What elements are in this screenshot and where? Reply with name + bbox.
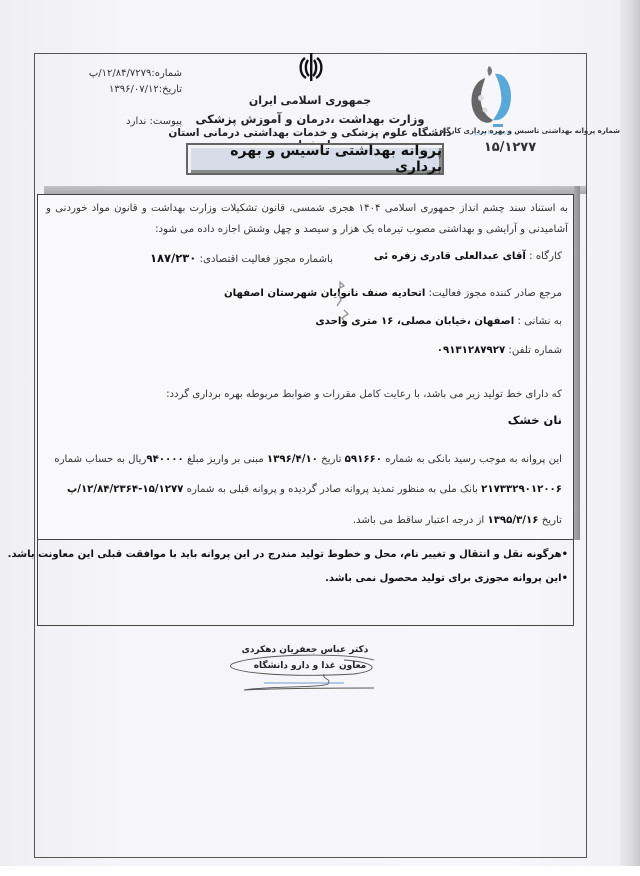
address-value: اصفهان ،خیابان مصلی، ۱۶ متری واحدی <box>315 316 514 327</box>
receipt-text-2: مبنی بر واریز مبلغ <box>187 454 264 465</box>
receipt-text-3: ریال به حساب شماره <box>54 454 146 465</box>
receipt-number: ۵۹۱۶۶۰ <box>345 454 382 465</box>
production-line-intro: که دارای خط تولید زیر می باشد، با رعایت … <box>166 389 562 400</box>
content-box-shadow-top <box>44 186 586 194</box>
issuer-label: مرجع صادر کننده مجوز فعالیت: <box>429 288 562 299</box>
workshop-field: کارگاه : آقای عبدالعلی قادری زفره ئی <box>374 251 562 262</box>
phone-field: شماره تلفن: ۰۹۱۳۱۲۸۷۹۲۷ <box>437 345 562 356</box>
receipt-date: ۱۳۹۶/۴/۱۰ <box>267 454 318 465</box>
economic-license-field: باشماره مجوز فعالیت اقتصادی: ۱۸۷/۲۳۰ <box>150 251 333 265</box>
economic-license-number: ۱۸۷/۲۳۰ <box>150 251 196 265</box>
receipt-line-1: این پروانه به موجب رسید بانکی به شماره ۵… <box>54 454 562 465</box>
signatory-title: معاون غذا و دارو دانشگاه <box>240 661 380 671</box>
legal-basis-paragraph: به استناد سند چشم انداز جمهوری اسلامی ۱۴… <box>46 198 568 240</box>
note-item: •این پروانه مجوزی برای تولید محصول نمی ب… <box>325 573 568 584</box>
issuer-field: مرجع صادر کننده مجوز فعالیت: اتحادیه صنف… <box>224 288 562 299</box>
letter-number-label: شماره: <box>151 68 182 79</box>
economic-license-label: باشماره مجوز فعالیت اقتصادی: <box>200 254 333 265</box>
receipt-text-6: از درجه اعتبار ساقط می باشد. <box>353 515 484 526</box>
phone-label: شماره تلفن: <box>508 345 562 356</box>
receipt-amount: ۹۴۰۰۰۰ <box>146 454 183 465</box>
receipt-text-4: بانک ملی به منظور تمدید پروانه صادر گردی… <box>187 484 478 495</box>
letter-number-value: ۱۲/۸۴/۷۲۷۹/پ <box>89 68 152 79</box>
address-field: به نشانی : اصفهان ،خیابان مصلی، ۱۶ متری … <box>315 316 562 327</box>
letter-number: شماره:۱۲/۸۴/۷۲۷۹/پ <box>88 68 182 79</box>
receipt-text-1: این پروانه به موجب رسید بانکی به شماره <box>385 454 562 465</box>
permit-number-label: شماره پروانه بهداشتی تاسیس و بهره برداری… <box>430 127 620 135</box>
phone-value: ۰۹۱۳۱۲۸۷۹۲۷ <box>437 345 505 356</box>
document-title: پروانه بهداشتی تاسیس و بهره برداری <box>188 143 442 175</box>
workshop-owner: آقای عبدالعلی قادری زفره ئی <box>374 251 526 262</box>
receipt-date-label: تاریخ <box>321 454 341 465</box>
content-box-shadow-right <box>574 186 580 540</box>
document-title-banner: پروانه بهداشتی تاسیس و بهره برداری <box>186 143 444 175</box>
address-label: به نشانی : <box>517 316 562 327</box>
ministry-name: وزارت بهداشت ،درمان و آموزش پزشکی <box>160 112 460 126</box>
page-bottom-margin <box>0 866 640 876</box>
receipt-line-3: تاریخ ۱۳۹۵/۳/۱۶ از درجه اعتبار ساقط می ب… <box>353 515 562 526</box>
signatory-name: دکتر عباس جعفریان دهکردی <box>230 645 380 655</box>
previous-permit-date: ۱۳۹۵/۳/۱۶ <box>488 515 539 526</box>
letter-date-value: ۱۳۹۶/۰۷/۱۲ <box>109 84 159 95</box>
note-item: •هرگونه نقل و انتقال و تغییر نام، محل و … <box>8 549 568 560</box>
country-name: جمهوری اسلامی ایران <box>160 94 460 107</box>
permit-number: ۱۵/۱۲۷۷ <box>470 140 550 155</box>
issuer-value: اتحادیه صنف نانوایان شهرستان اصفهان <box>224 288 425 299</box>
receipt-line-2: ۲۱۷۳۳۲۹۰۱۲۰۰۶ بانک ملی به منظور تمدید پر… <box>67 484 562 495</box>
receipt-text-5: تاریخ <box>542 515 562 526</box>
attachment-value: ندارد <box>126 116 146 127</box>
workshop-label: کارگاه : <box>529 251 562 262</box>
scanner-edge <box>620 0 640 876</box>
product-name: نان خشک <box>508 413 562 427</box>
account-number: ۲۱۷۳۳۲۹۰۱۲۰۰۶ <box>481 484 562 495</box>
iran-emblem-icon <box>296 52 326 84</box>
previous-permit-number: ۱۵/۱۲۷۷-۱۲/۸۴/۲۳۶۴/پ <box>67 484 183 495</box>
